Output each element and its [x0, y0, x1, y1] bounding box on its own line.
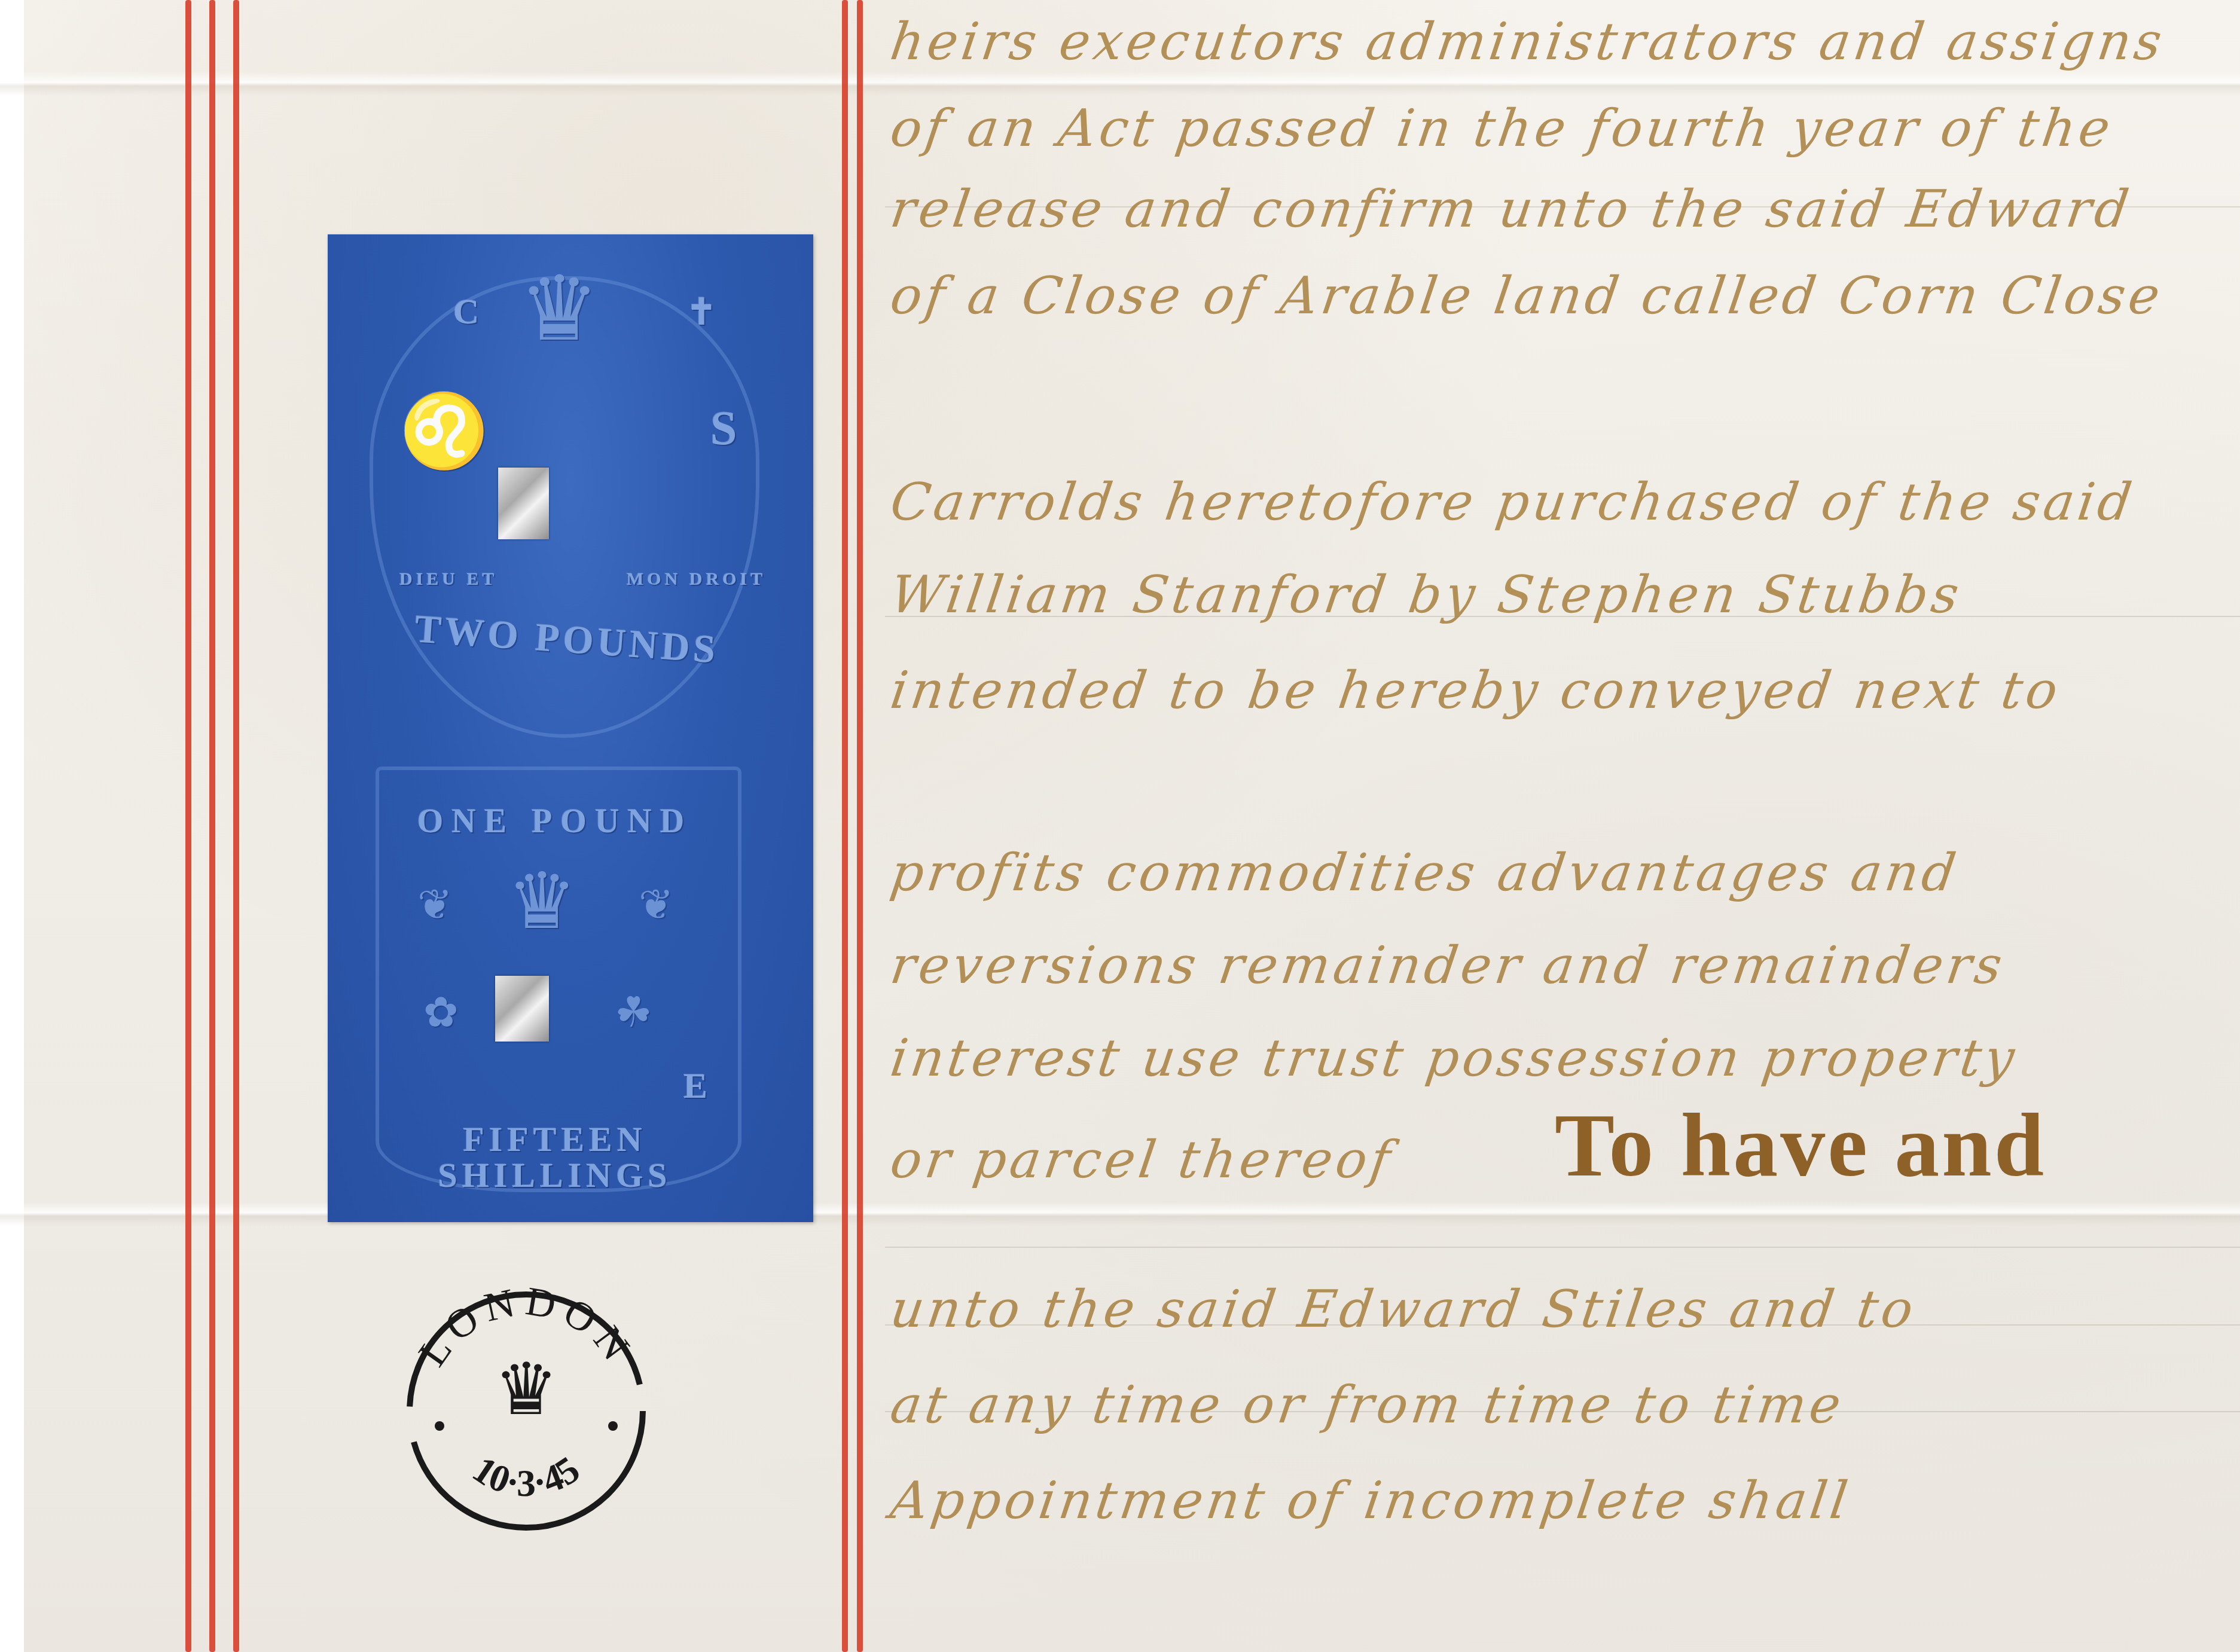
- margin-rule: [842, 0, 848, 1652]
- margin-rule: [233, 0, 239, 1652]
- manuscript-line: of a Close of Arable land called Corn Cl…: [887, 266, 2167, 326]
- manuscript-line: reversions remainder and remainders: [887, 936, 2009, 996]
- stamp-corner-letter-left: C: [453, 291, 483, 332]
- postmark-crown-icon: ♛: [494, 1348, 559, 1431]
- stamp-motto-right: MON DROIT: [627, 569, 766, 590]
- stamp-value-lower-top: ONE POUND: [376, 802, 734, 841]
- ruled-line: [885, 1247, 2240, 1248]
- margin-rule: [209, 0, 215, 1652]
- postmark-date: 10·3·45: [465, 1448, 587, 1504]
- svg-text:10·3·45: 10·3·45: [465, 1448, 587, 1504]
- manuscript-line: of an Act passed in the fourth year of t…: [887, 99, 2117, 158]
- london-postmark: LONDON 10·3·45 ♛: [389, 1285, 664, 1537]
- stamp-corner-mark-right: ✝: [686, 291, 720, 333]
- manuscript-line: heirs executors administrators and assig…: [887, 12, 2169, 72]
- revenue-stamp: C ✝ ♛ ♌ S DIEU ET MON DROIT TWO POUNDS O…: [328, 234, 813, 1222]
- stamp-motto-left: DIEU ET: [399, 569, 498, 590]
- manuscript-line: Carrolds heretofore purchased of the sai…: [887, 472, 2139, 532]
- laurel-branch-icon: ❦: [417, 880, 453, 929]
- lion-supporter-icon: ♌: [399, 390, 492, 474]
- laurel-branch-icon: ❦: [639, 880, 674, 929]
- manuscript-line: unto the said Edward Stiles and to: [887, 1280, 1920, 1339]
- manuscript-line: William Stanford by Stephen Stubbs: [887, 565, 1966, 625]
- stamp-corner-letter: E: [683, 1065, 711, 1107]
- fold-crease: [0, 72, 2240, 96]
- manuscript-line: at any time or from time to time: [887, 1375, 1848, 1435]
- stamp-side-letter: S: [710, 402, 741, 456]
- silver-foil-tab: [498, 468, 549, 539]
- habendum-heading: To have and: [1555, 1094, 2046, 1197]
- margin-rule: [185, 0, 191, 1652]
- manuscript-line: Appointment of incomplete shall: [887, 1471, 1855, 1531]
- manuscript-line: interest use trust possession property: [887, 1028, 2022, 1088]
- manuscript-line: intended to be hereby conveyed next to: [887, 661, 2065, 720]
- margin-rule: [857, 0, 863, 1652]
- rose-sprig-icon: ✿: [423, 988, 459, 1037]
- manuscript-line: release and confirm unto the said Edward: [887, 179, 2136, 239]
- shamrock-icon: ☘: [615, 988, 652, 1037]
- stamp-value-lower-1: FIFTEEN: [376, 1119, 734, 1159]
- manuscript-line: or parcel thereof: [887, 1130, 1397, 1190]
- silver-foil-tab: [495, 976, 549, 1042]
- manuscript-line: profits commodities advantages and: [887, 843, 1963, 903]
- page-edge: [0, 0, 24, 1652]
- stamp-value-lower-2: SHILLINGS: [376, 1155, 734, 1195]
- postmark-circle-icon: LONDON 10·3·45 ♛: [389, 1285, 664, 1537]
- crown-icon: ♛: [519, 264, 599, 354]
- crown-icon: ♛: [507, 862, 577, 940]
